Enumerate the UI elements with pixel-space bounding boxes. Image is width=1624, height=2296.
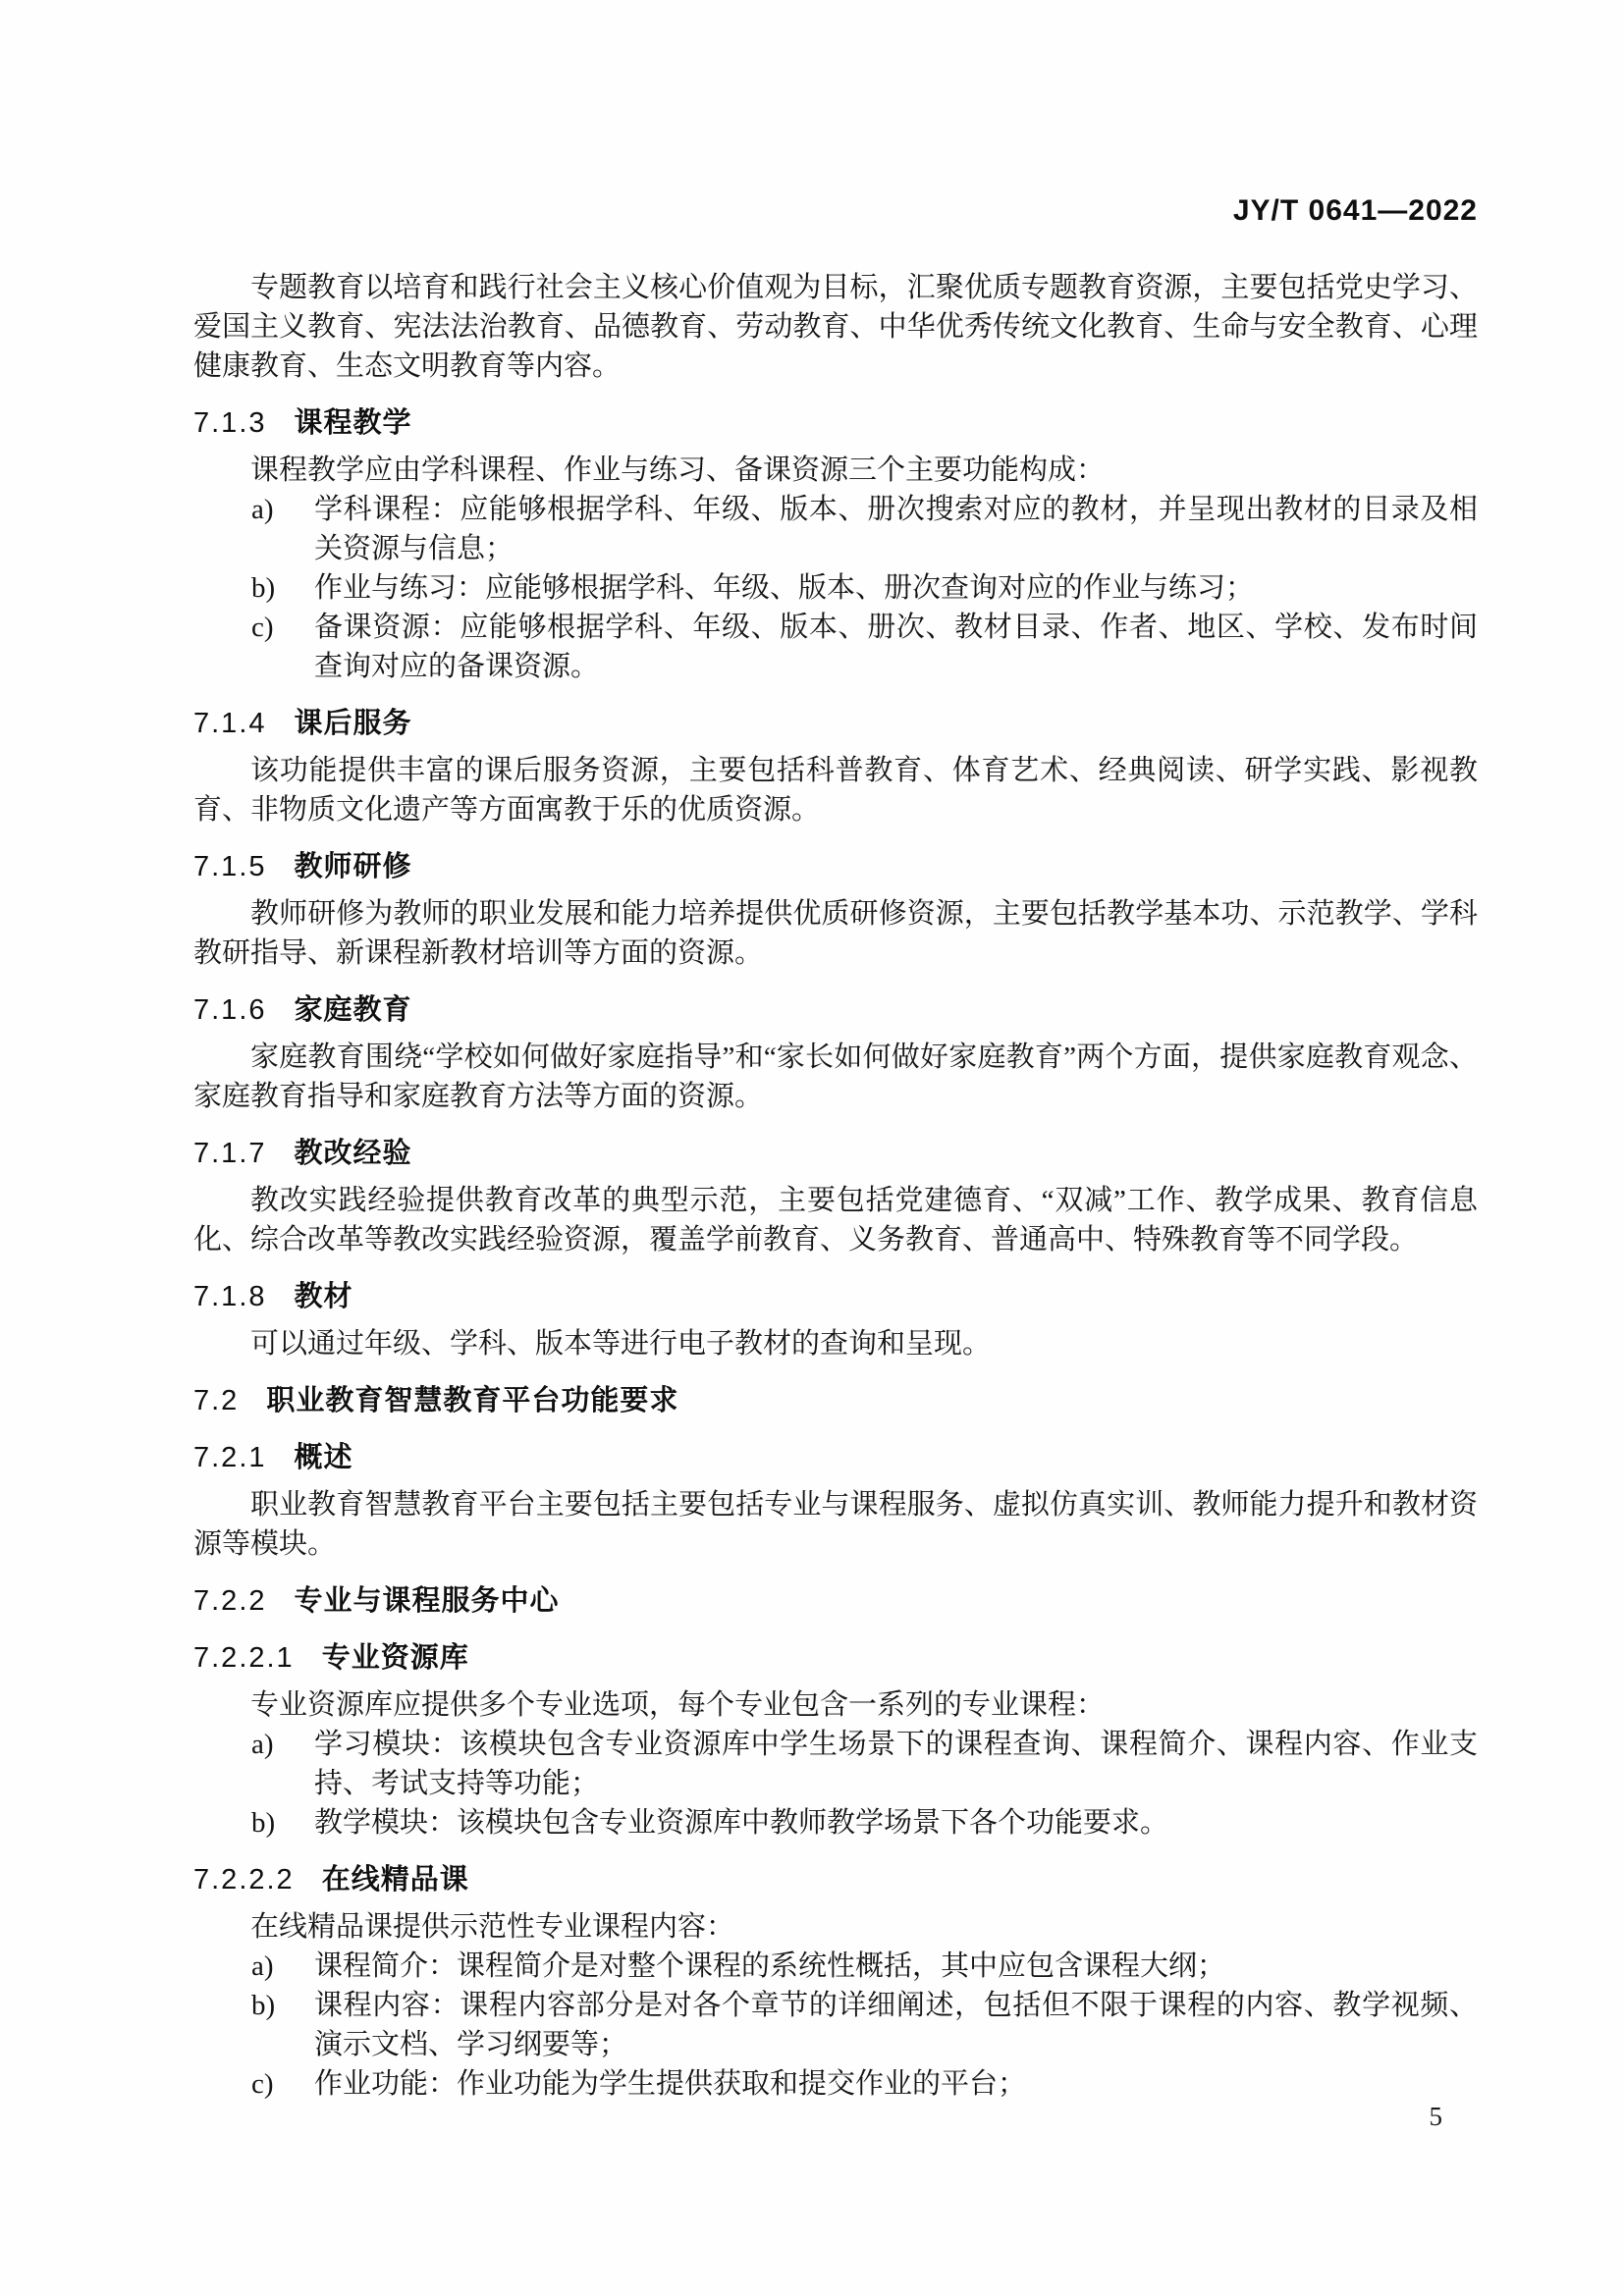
clause-title: 在线精品课 — [322, 1864, 469, 1896]
clause-title: 专业资源库 — [322, 1642, 469, 1674]
clause-title: 家庭教育 — [295, 994, 412, 1026]
clause-heading-7-2: 7.2职业教育智慧教育平台功能要求 — [193, 1381, 1478, 1420]
paragraph-7-2-2-2-intro: 在线精品课提供示范性专业课程内容： — [193, 1907, 1478, 1947]
clause-heading-7-2-2-2: 7.2.2.2在线精品课 — [193, 1860, 1478, 1899]
page-content: JY/T 0641—2022 专题教育以培育和践行社会主义核心价值观为目标，汇聚… — [193, 193, 1478, 2104]
list-item-marker: b) — [251, 1803, 314, 1842]
document-page: JY/T 0641—2022 专题教育以培育和践行社会主义核心价值观为目标，汇聚… — [0, 0, 1624, 2296]
list-item-text: 课程内容：课程内容部分是对各个章节的详细阐述，包括但不限于课程的内容、教学视频、… — [314, 1986, 1478, 2064]
paragraph-7-2-1: 职业教育智慧教育平台主要包括主要包括专业与课程服务、虚拟仿真实训、教师能力提升和… — [193, 1485, 1478, 1564]
clause-number: 7.1.7 — [193, 1134, 267, 1173]
list-item: a) 课程简介：课程简介是对整个课程的系统性概括，其中应包含课程大纲； — [251, 1947, 1478, 1986]
list-item-text: 作业与练习：应能够根据学科、年级、版本、册次查询对应的作业与练习； — [314, 568, 1478, 608]
list-item: b) 教学模块：该模块包含专业资源库中教师教学场景下各个功能要求。 — [251, 1803, 1478, 1842]
list-item: c) 备课资源：应能够根据学科、年级、版本、册次、教材目录、作者、地区、学校、发… — [251, 608, 1478, 686]
paragraph-7-1-4: 该功能提供丰富的课后服务资源，主要包括科普教育、体育艺术、经典阅读、研学实践、影… — [193, 751, 1478, 829]
clause-heading-7-2-2-1: 7.2.2.1专业资源库 — [193, 1638, 1478, 1678]
clause-number: 7.2 — [193, 1381, 239, 1420]
clause-number: 7.1.5 — [193, 847, 267, 886]
clause-number: 7.2.2.2 — [193, 1860, 295, 1899]
list-item-marker: b) — [251, 568, 314, 608]
clause-number: 7.1.3 — [193, 403, 267, 443]
list-7-2-2-1: a) 学习模块：该模块包含专业资源库中学生场景下的课程查询、课程简介、课程内容、… — [251, 1725, 1478, 1842]
paragraph-7-1-8: 可以通过年级、学科、版本等进行电子教材的查询和呈现。 — [193, 1324, 1478, 1363]
list-item-text: 备课资源：应能够根据学科、年级、版本、册次、教材目录、作者、地区、学校、发布时间… — [314, 608, 1478, 686]
clause-heading-7-1-5: 7.1.5教师研修 — [193, 847, 1478, 886]
clause-title: 职业教育智慧教育平台功能要求 — [266, 1385, 678, 1416]
list-7-1-3: a) 学科课程：应能够根据学科、年级、版本、册次搜索对应的教材，并呈现出教材的目… — [251, 490, 1478, 686]
list-item-marker: c) — [251, 2064, 314, 2104]
clause-heading-7-1-3: 7.1.3课程教学 — [193, 403, 1478, 443]
clause-title: 专业与课程服务中心 — [295, 1585, 560, 1617]
list-item-text: 学习模块：该模块包含专业资源库中学生场景下的课程查询、课程简介、课程内容、作业支… — [314, 1725, 1478, 1803]
clause-heading-7-1-8: 7.1.8教材 — [193, 1277, 1478, 1316]
clause-heading-7-1-7: 7.1.7教改经验 — [193, 1134, 1478, 1173]
list-item-marker: a) — [251, 1947, 314, 1986]
list-item-marker: b) — [251, 1986, 314, 2064]
clause-number: 7.1.4 — [193, 704, 267, 743]
clause-title: 概述 — [295, 1442, 353, 1473]
paragraph-7-2-2-1-intro: 专业资源库应提供多个专业选项，每个专业包含一系列的专业课程： — [193, 1685, 1478, 1725]
clause-heading-7-1-4: 7.1.4课后服务 — [193, 704, 1478, 743]
clause-number: 7.1.6 — [193, 990, 267, 1030]
paragraph-7-1-3-intro: 课程教学应由学科课程、作业与练习、备课资源三个主要功能构成： — [193, 451, 1478, 490]
clause-number: 7.1.8 — [193, 1277, 267, 1316]
list-item-text: 教学模块：该模块包含专业资源库中教师教学场景下各个功能要求。 — [314, 1803, 1478, 1842]
clause-heading-7-2-1: 7.2.1概述 — [193, 1438, 1478, 1477]
clause-number: 7.2.2.1 — [193, 1638, 295, 1678]
list-item-text: 课程简介：课程简介是对整个课程的系统性概括，其中应包含课程大纲； — [314, 1947, 1478, 1986]
list-item: b) 作业与练习：应能够根据学科、年级、版本、册次查询对应的作业与练习； — [251, 568, 1478, 608]
list-item-marker: a) — [251, 1725, 314, 1803]
clause-title: 教改经验 — [295, 1138, 412, 1169]
list-item-text: 作业功能：作业功能为学生提供获取和提交作业的平台； — [314, 2064, 1478, 2104]
clause-title: 教材 — [295, 1281, 353, 1312]
clause-number: 7.2.1 — [193, 1438, 267, 1477]
clause-title: 课程教学 — [295, 407, 412, 439]
paragraph-7-1-6: 家庭教育围绕“学校如何做好家庭指导”和“家长如何做好家庭教育”两个方面，提供家庭… — [193, 1038, 1478, 1116]
clause-number: 7.2.2 — [193, 1581, 267, 1621]
clause-title: 教师研修 — [295, 851, 412, 882]
clause-heading-7-1-6: 7.1.6家庭教育 — [193, 990, 1478, 1030]
list-item-marker: a) — [251, 490, 314, 568]
list-item: c) 作业功能：作业功能为学生提供获取和提交作业的平台； — [251, 2064, 1478, 2104]
paragraph-7-1-5: 教师研修为教师的职业发展和能力培养提供优质研修资源，主要包括教学基本功、示范教学… — [193, 894, 1478, 973]
list-item: b) 课程内容：课程内容部分是对各个章节的详细阐述，包括但不限于课程的内容、教学… — [251, 1986, 1478, 2064]
list-item: a) 学习模块：该模块包含专业资源库中学生场景下的课程查询、课程简介、课程内容、… — [251, 1725, 1478, 1803]
clause-heading-7-2-2: 7.2.2专业与课程服务中心 — [193, 1581, 1478, 1621]
standard-code: JY/T 0641—2022 — [193, 193, 1478, 229]
list-7-2-2-2: a) 课程简介：课程简介是对整个课程的系统性概括，其中应包含课程大纲； b) 课… — [251, 1947, 1478, 2104]
paragraph-7-1-7: 教改实践经验提供教育改革的典型示范，主要包括党建德育、“双减”工作、教学成果、教… — [193, 1181, 1478, 1259]
list-item-marker: c) — [251, 608, 314, 686]
paragraph-topic-education: 专题教育以培育和践行社会主义核心价值观为目标，汇聚优质专题教育资源，主要包括党史… — [193, 268, 1478, 386]
page-number: 5 — [1430, 2101, 1443, 2132]
list-item: a) 学科课程：应能够根据学科、年级、版本、册次搜索对应的教材，并呈现出教材的目… — [251, 490, 1478, 568]
list-item-text: 学科课程：应能够根据学科、年级、版本、册次搜索对应的教材，并呈现出教材的目录及相… — [314, 490, 1478, 568]
clause-title: 课后服务 — [295, 708, 412, 739]
